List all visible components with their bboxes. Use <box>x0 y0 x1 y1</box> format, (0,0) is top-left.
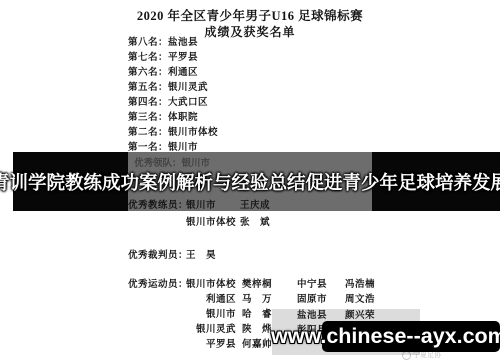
athlete-name: 冯浩楠 <box>345 279 375 292</box>
athlete-row: 中宁县冯浩楠 <box>297 279 375 292</box>
athlete-team: 中宁县 <box>297 279 345 292</box>
athlete-name: 哈 睿 <box>242 309 272 322</box>
athletes-label: 优秀运动员： <box>128 279 186 292</box>
page-subtitle: 成绩及获奖名单 <box>0 23 500 40</box>
page-title: 2020 年全区青少年男子U16 足球锦标赛 <box>0 6 500 24</box>
banner-headline: 青训学院教练成功案例解析与经验总结促进青少年足球培养发展 <box>0 152 500 211</box>
rank-item: 第八名：盐池县 <box>128 36 218 51</box>
athlete-name: 何嘉帅 <box>242 339 272 352</box>
watermark-link[interactable]: www.chinese--ayx.com <box>271 324 500 349</box>
athlete-name: 马 万 <box>242 294 272 307</box>
coach-row: 银川市体校张 斌 <box>128 217 270 230</box>
athlete-row: 优秀运动员：银川市体校樊梓桐 <box>128 279 272 292</box>
coach-name: 张 斌 <box>240 217 270 230</box>
athlete-team: 银川市体校 <box>186 279 236 292</box>
rankings-list: 第八名：盐池县 第七名：平罗县 第六名：利通区 第五名：银川灵武 第四名：大武口… <box>128 36 218 156</box>
rank-item: 第三名：体职院 <box>128 111 218 126</box>
rank-item: 第四名：大武口区 <box>128 96 218 111</box>
athlete-team: 银川灵武 <box>186 324 236 337</box>
athlete-name: 陕 烨 <box>242 324 272 337</box>
athlete-team: 银川市 <box>186 309 236 322</box>
athlete-row: 银川灵武陕 烨 <box>128 324 272 337</box>
athlete-name: 樊梓桐 <box>242 279 272 292</box>
athlete-team: 平罗县 <box>186 339 236 352</box>
rank-item: 第六名：利通区 <box>128 66 218 81</box>
athlete-row: 固原市周文浩 <box>297 294 375 307</box>
referee-label: 优秀裁判员： <box>128 250 186 263</box>
rank-item: 第七名：平罗县 <box>128 51 218 66</box>
document-page: 2020 年全区青少年男子U16 足球锦标赛 成绩及获奖名单 第八名：盐池县 第… <box>0 0 500 362</box>
athlete-row: 银川市哈 睿 <box>128 309 272 322</box>
athlete-team: 利通区 <box>186 294 236 307</box>
athlete-row: 平罗县何嘉帅 <box>128 339 272 352</box>
referee-row: 优秀裁判员：王 昊 <box>128 250 216 263</box>
athlete-row: 利通区马 万 <box>128 294 272 307</box>
referee-name: 王 昊 <box>186 250 216 263</box>
athlete-team: 固原市 <box>297 294 345 307</box>
rank-item: 第五名：银川灵武 <box>128 81 218 96</box>
coach-team: 银川市体校 <box>186 217 240 230</box>
rank-item: 第二名：银川市体校 <box>128 126 218 141</box>
athlete-name: 周文浩 <box>345 294 375 307</box>
